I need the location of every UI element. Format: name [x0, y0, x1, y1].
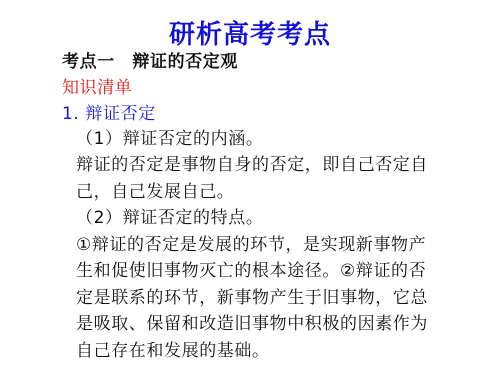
- body-line: （2）辩证否定的特点。: [76, 207, 263, 229]
- subheading: 知识清单: [62, 77, 132, 99]
- body-line: （1）辩证否定的内涵。: [76, 128, 263, 150]
- section-heading: 考点一 辩证的否定观: [62, 51, 238, 73]
- body-line: 自己存在和发展的基础。: [76, 340, 270, 362]
- body-line: 定是联系的环节，新事物产生于旧事物，它总: [76, 287, 428, 309]
- page-title: 研析高考考点: [0, 14, 500, 51]
- body-line: 辩证的否定是事物自身的否定，即自己否定自: [76, 154, 428, 176]
- body-line: 生和促使旧事物灭亡的根本途径。②辩证的否: [76, 260, 426, 282]
- body-line: 己，自己发展自己。: [76, 181, 234, 203]
- body-line: ①辩证的否定是发展的环节，是实现新事物产: [76, 234, 426, 256]
- body-line: 是吸取、保留和改造旧事物中积极的因素作为: [76, 313, 428, 335]
- topic-heading: 1. 辩证否定: [62, 103, 156, 125]
